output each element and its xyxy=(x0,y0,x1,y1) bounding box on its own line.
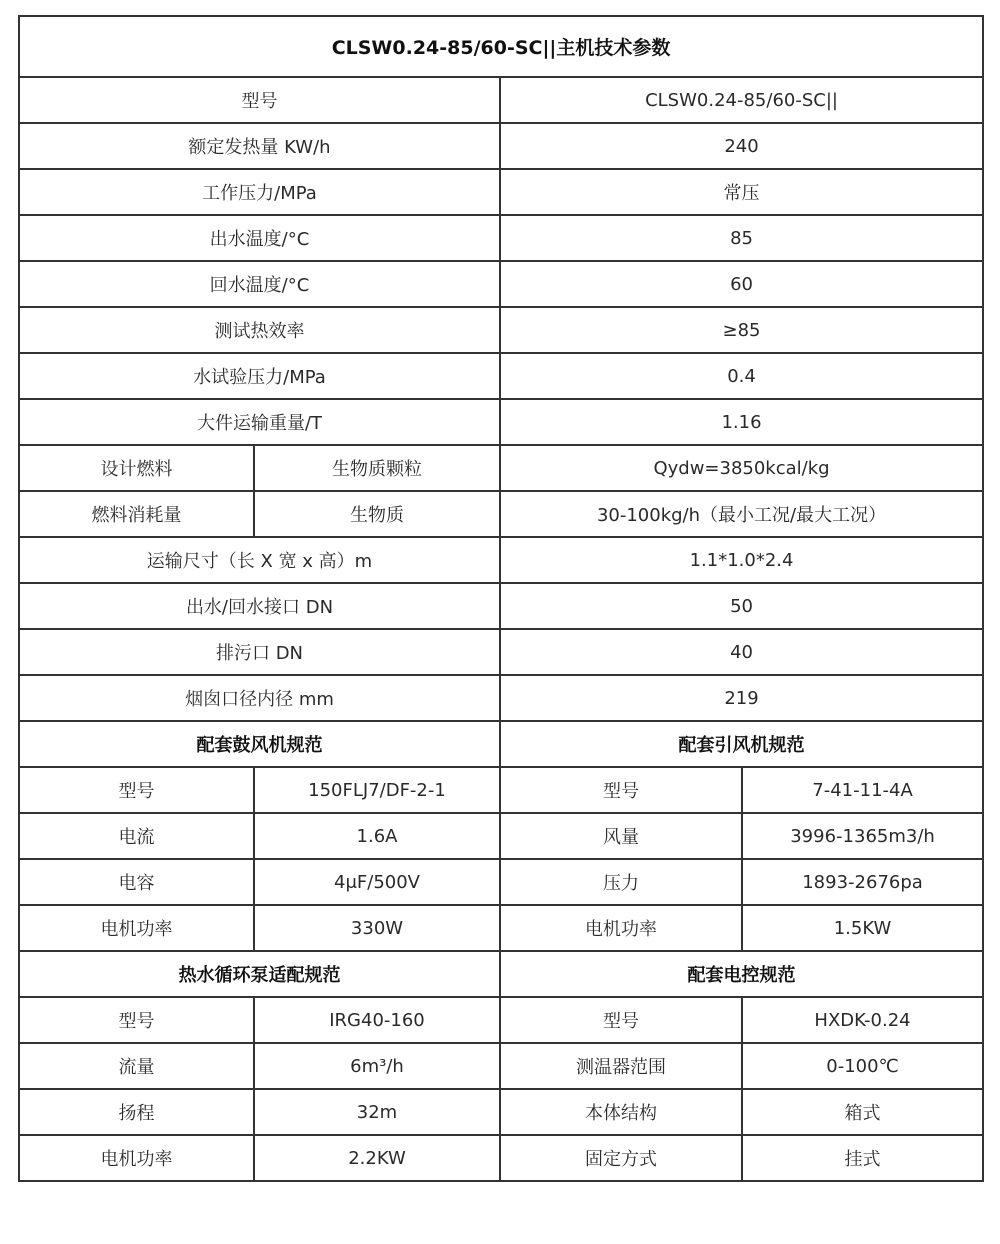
spec-value: 6m³/h xyxy=(254,1043,500,1089)
fuel-value: 30-100kg/h（最小工况/最大工况） xyxy=(500,491,983,537)
spec-value: 0-100℃ xyxy=(742,1043,983,1089)
spec-label: 电容 xyxy=(19,859,254,905)
title-row: CLSW0.24-85/60-SC||主机技术参数 xyxy=(19,16,983,77)
param-value: 50 xyxy=(500,583,983,629)
param-label: 烟囱口径内径 mm xyxy=(19,675,500,721)
param-value: 60 xyxy=(500,261,983,307)
table-title: CLSW0.24-85/60-SC||主机技术参数 xyxy=(19,16,983,77)
table-row: 烟囱口径内径 mm219 xyxy=(19,675,983,721)
table-row: 出水/回水接口 DN50 xyxy=(19,583,983,629)
spec-value: 1.5KW xyxy=(742,905,983,951)
param-label: 回水温度/°C xyxy=(19,261,500,307)
section-header-row: 热水循环泵适配规范配套电控规范 xyxy=(19,951,983,997)
table-row: 型号150FLJ7/DF-2-1型号7-41-11-4A xyxy=(19,767,983,813)
spec-label: 扬程 xyxy=(19,1089,254,1135)
table-row: 水试验压力/MPa0.4 xyxy=(19,353,983,399)
spec-value: 150FLJ7/DF-2-1 xyxy=(254,767,500,813)
spec-value: 4μF/500V xyxy=(254,859,500,905)
table-row: 燃料消耗量生物质30-100kg/h（最小工况/最大工况） xyxy=(19,491,983,537)
param-label: 水试验压力/MPa xyxy=(19,353,500,399)
table-row: 型号CLSW0.24-85/60-SC|| xyxy=(19,77,983,123)
table-row: 设计燃料生物质颗粒Qydw=3850kcal/kg xyxy=(19,445,983,491)
param-label: 出水/回水接口 DN xyxy=(19,583,500,629)
spec-value: 挂式 xyxy=(742,1135,983,1181)
spec-label: 流量 xyxy=(19,1043,254,1089)
fuel-label: 设计燃料 xyxy=(19,445,254,491)
table-row: 型号IRG40-160型号HXDK-0.24 xyxy=(19,997,983,1043)
spec-value: IRG40-160 xyxy=(254,997,500,1043)
table-row: 电流1.6A风量3996-1365m3/h xyxy=(19,813,983,859)
spec-label: 固定方式 xyxy=(500,1135,742,1181)
spec-value: 1.6A xyxy=(254,813,500,859)
spec-value: 箱式 xyxy=(742,1089,983,1135)
table-row: 电机功率330W电机功率1.5KW xyxy=(19,905,983,951)
param-label: 运输尺寸（长 X 宽 x 高）m xyxy=(19,537,500,583)
param-value: CLSW0.24-85/60-SC|| xyxy=(500,77,983,123)
param-label: 测试热效率 xyxy=(19,307,500,353)
table-row: 回水温度/°C60 xyxy=(19,261,983,307)
fuel-sub: 生物质颗粒 xyxy=(254,445,500,491)
spec-label: 电机功率 xyxy=(19,1135,254,1181)
table-row: 出水温度/°C85 xyxy=(19,215,983,261)
spec-value: 32m xyxy=(254,1089,500,1135)
section-title-control: 配套电控规范 xyxy=(500,951,983,997)
param-label: 型号 xyxy=(19,77,500,123)
section-title-induced-fan: 配套引风机规范 xyxy=(500,721,983,767)
table-row: 额定发热量 KW/h240 xyxy=(19,123,983,169)
spec-label: 本体结构 xyxy=(500,1089,742,1135)
param-value: 1.16 xyxy=(500,399,983,445)
section-title-blower: 配套鼓风机规范 xyxy=(19,721,500,767)
param-value: 219 xyxy=(500,675,983,721)
param-label: 排污口 DN xyxy=(19,629,500,675)
spec-value: 7-41-11-4A xyxy=(742,767,983,813)
table-row: 运输尺寸（长 X 宽 x 高）m1.1*1.0*2.4 xyxy=(19,537,983,583)
param-label: 大件运输重量/T xyxy=(19,399,500,445)
spec-value: 330W xyxy=(254,905,500,951)
fuel-label: 燃料消耗量 xyxy=(19,491,254,537)
section-header-row: 配套鼓风机规范配套引风机规范 xyxy=(19,721,983,767)
table-row: 测试热效率≥85 xyxy=(19,307,983,353)
param-value: 常压 xyxy=(500,169,983,215)
spec-value: 3996-1365m3/h xyxy=(742,813,983,859)
fuel-sub: 生物质 xyxy=(254,491,500,537)
param-label: 工作压力/MPa xyxy=(19,169,500,215)
spec-label: 风量 xyxy=(500,813,742,859)
table-row: 排污口 DN40 xyxy=(19,629,983,675)
table-row: 流量6m³/h测温器范围0-100℃ xyxy=(19,1043,983,1089)
spec-value: 1893-2676pa xyxy=(742,859,983,905)
param-value: ≥85 xyxy=(500,307,983,353)
table-row: 电机功率2.2KW固定方式挂式 xyxy=(19,1135,983,1181)
spec-value: HXDK-0.24 xyxy=(742,997,983,1043)
spec-label: 电机功率 xyxy=(19,905,254,951)
spec-label: 型号 xyxy=(19,997,254,1043)
spec-label: 压力 xyxy=(500,859,742,905)
spec-label: 型号 xyxy=(500,997,742,1043)
table-row: 工作压力/MPa常压 xyxy=(19,169,983,215)
param-value: 40 xyxy=(500,629,983,675)
section-title-pump: 热水循环泵适配规范 xyxy=(19,951,500,997)
fuel-value: Qydw=3850kcal/kg xyxy=(500,445,983,491)
param-value: 1.1*1.0*2.4 xyxy=(500,537,983,583)
table-row: 扬程32m本体结构箱式 xyxy=(19,1089,983,1135)
spec-label: 电机功率 xyxy=(500,905,742,951)
table-row: 电容4μF/500V压力1893-2676pa xyxy=(19,859,983,905)
param-label: 出水温度/°C xyxy=(19,215,500,261)
param-value: 240 xyxy=(500,123,983,169)
param-label: 额定发热量 KW/h xyxy=(19,123,500,169)
spec-label: 型号 xyxy=(500,767,742,813)
spec-value: 2.2KW xyxy=(254,1135,500,1181)
spec-label: 测温器范围 xyxy=(500,1043,742,1089)
spec-table: CLSW0.24-85/60-SC||主机技术参数 型号CLSW0.24-85/… xyxy=(18,15,984,1182)
param-value: 85 xyxy=(500,215,983,261)
param-value: 0.4 xyxy=(500,353,983,399)
table-row: 大件运输重量/T1.16 xyxy=(19,399,983,445)
spec-label: 型号 xyxy=(19,767,254,813)
spec-label: 电流 xyxy=(19,813,254,859)
